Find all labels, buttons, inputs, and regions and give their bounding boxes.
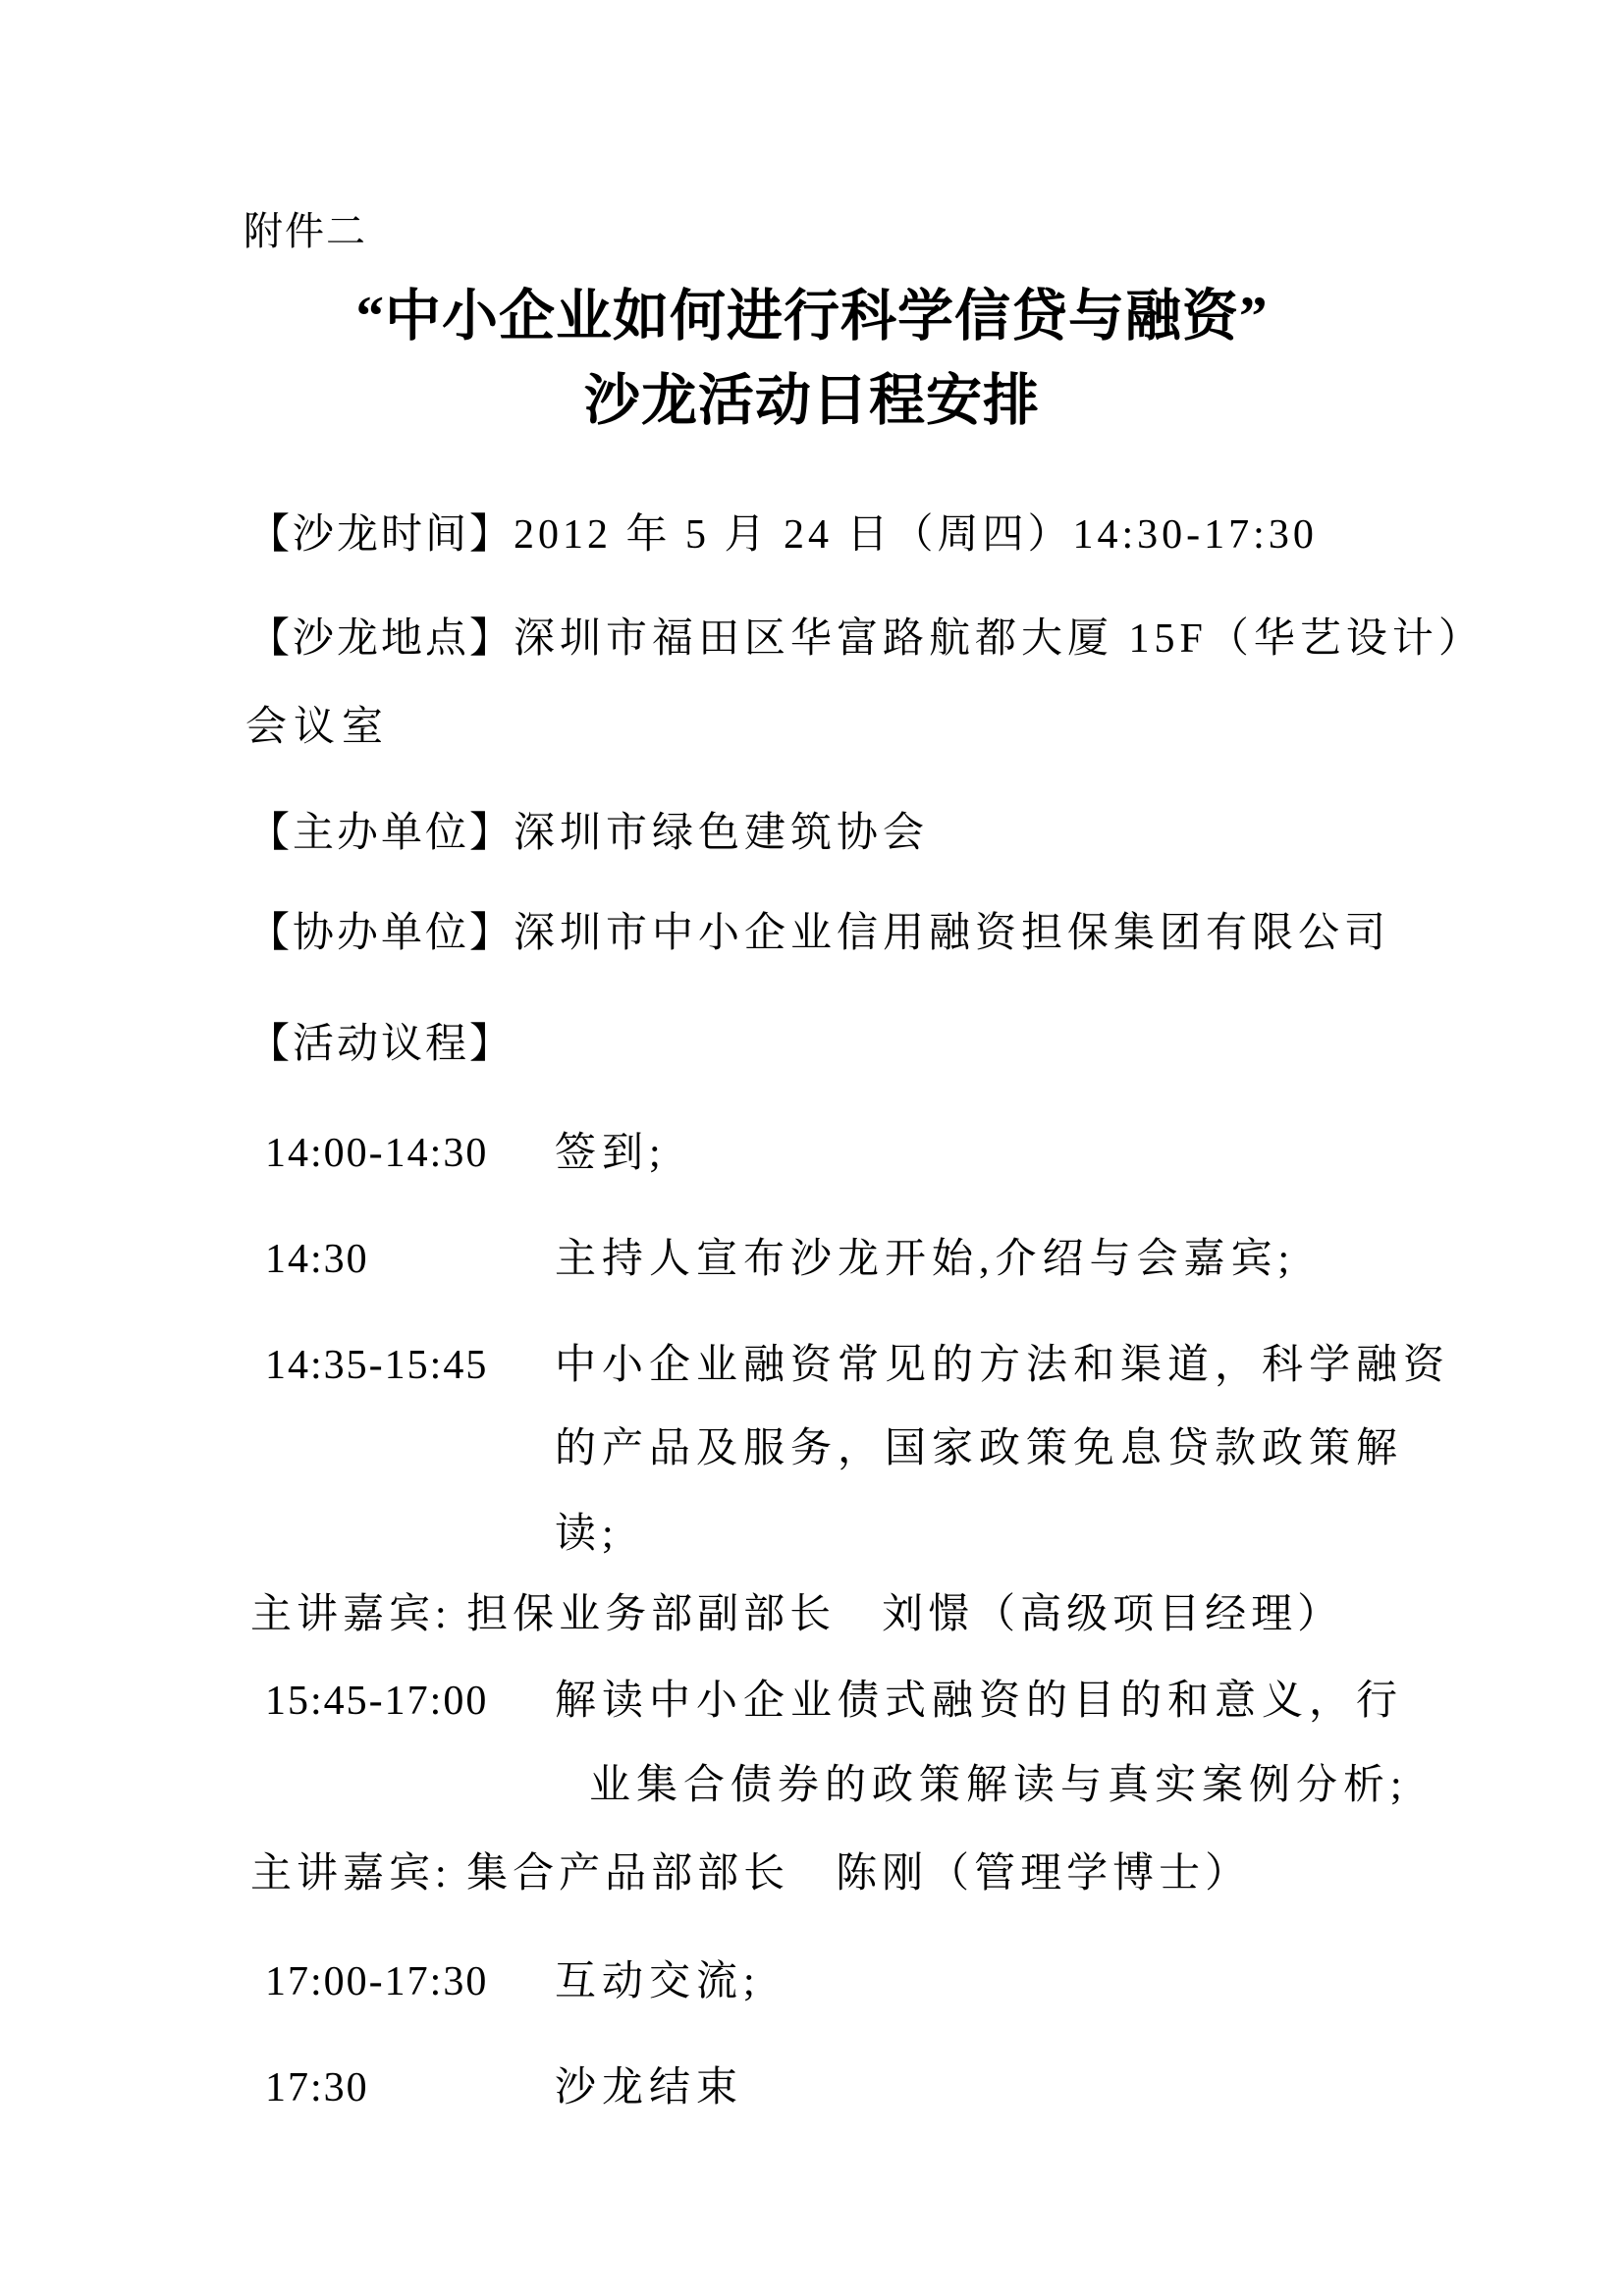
salon-location-continuation: 会议室 bbox=[245, 707, 390, 748]
agenda-section-label: 【活动议程】 bbox=[248, 1022, 514, 1067]
document-title-line1: “中小企业如何进行科学信贷与融资” bbox=[0, 289, 1624, 345]
attachment-label: 附件二 bbox=[244, 212, 367, 251]
agenda-description: 主持人宣布沙龙开始,介绍与会嘉宾; bbox=[555, 1239, 1295, 1280]
salon-time-value: 2012 年 5 月 24 日（周四）14:30-17:30 bbox=[514, 512, 1318, 558]
agenda-description-continuation: 读; bbox=[555, 1514, 620, 1555]
agenda-description-continuation: 业集合债券的政策解读与真实案例分析; bbox=[589, 1765, 1408, 1806]
host-organization-label: 【主办单位】 bbox=[248, 811, 514, 856]
agenda-section-row: 【活动议程】 bbox=[248, 1024, 514, 1065]
document-page: 附件二 “中小企业如何进行科学信贷与融资” 沙龙活动日程安排 【沙龙时间】201… bbox=[0, 0, 1624, 2296]
salon-location-label: 【沙龙地点】 bbox=[248, 616, 514, 662]
salon-location-row: 【沙龙地点】深圳市福田区华富路航都大厦 15F（华艺设计） bbox=[248, 618, 1485, 660]
agenda-description: 中小企业融资常见的方法和渠道，科学融资 bbox=[555, 1345, 1450, 1386]
host-organization-value: 深圳市绿色建筑协会 bbox=[514, 811, 929, 856]
document-title-line2: 沙龙活动日程安排 bbox=[0, 373, 1624, 429]
agenda-time: 14:00-14:30 bbox=[265, 1133, 488, 1174]
co-organizer-value: 深圳市中小企业信用融资担保集团有限公司 bbox=[514, 911, 1390, 956]
agenda-description: 沙龙结束 bbox=[555, 2067, 743, 2109]
agenda-description: 签到; bbox=[555, 1133, 667, 1174]
salon-location-value: 深圳市福田区华富路航都大厦 15F（华艺设计） bbox=[514, 616, 1485, 662]
host-organization-row: 【主办单位】深圳市绿色建筑协会 bbox=[248, 813, 929, 854]
agenda-time: 15:45-17:00 bbox=[265, 1681, 488, 1722]
salon-time-row: 【沙龙时间】2012 年 5 月 24 日（周四）14:30-17:30 bbox=[248, 514, 1318, 556]
agenda-description: 解读中小企业债式融资的目的和意义，行 bbox=[555, 1681, 1403, 1722]
speaker-row-chen-gang: 主讲嘉宾: 集合产品部部长 陈刚（管理学博士） bbox=[250, 1853, 1251, 1895]
agenda-time: 14:35-15:45 bbox=[265, 1345, 488, 1386]
agenda-description-continuation: 的产品及服务，国家政策免息贷款政策解 bbox=[555, 1428, 1403, 1469]
agenda-time: 17:30 bbox=[265, 2067, 369, 2109]
agenda-description: 互动交流; bbox=[555, 1961, 761, 2002]
co-organizer-row: 【协办单位】深圳市中小企业信用融资担保集团有限公司 bbox=[248, 913, 1390, 954]
speaker-row-liu-jing: 主讲嘉宾: 担保业务部副部长 刘憬（高级项目经理） bbox=[250, 1594, 1343, 1635]
salon-time-label: 【沙龙时间】 bbox=[248, 512, 514, 558]
agenda-time: 14:30 bbox=[265, 1239, 369, 1280]
co-organizer-label: 【协办单位】 bbox=[248, 911, 514, 956]
agenda-time: 17:00-17:30 bbox=[265, 1961, 488, 2002]
